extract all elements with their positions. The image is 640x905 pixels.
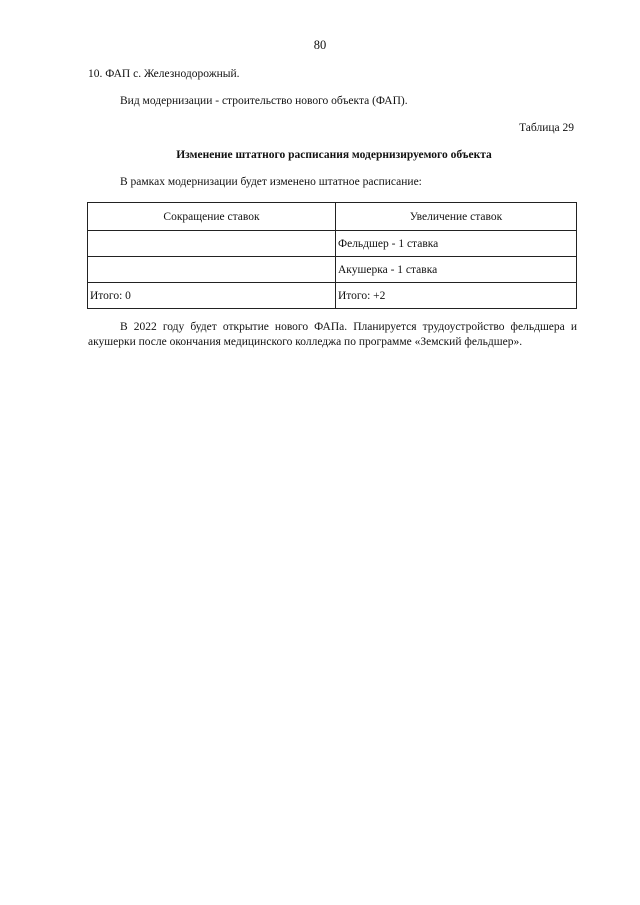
header-increase: Увеличение ставок [336,203,577,231]
intro-text: В рамках модернизации будет изменено шта… [120,176,422,188]
table-cell [88,231,336,257]
table-title: Изменение штатного расписания модернизир… [0,149,640,161]
staffing-table: Сокращение ставок Увеличение ставок Фель… [87,202,577,309]
modernization-type: Вид модернизации - строительство нового … [120,95,408,107]
table-row: Фельдшер - 1 ставка [88,231,577,257]
table-cell: Акушерка - 1 ставка [336,257,577,283]
table-row: Акушерка - 1 ставка [88,257,577,283]
table-total-row: Итого: 0 Итого: +2 [88,283,577,309]
body-paragraph: В 2022 году будет открытие нового ФАПа. … [88,320,577,350]
table-cell [88,257,336,283]
total-increase: Итого: +2 [336,283,577,309]
table-cell: Фельдшер - 1 ставка [336,231,577,257]
table-header-row: Сокращение ставок Увеличение ставок [88,203,577,231]
total-reduction: Итого: 0 [88,283,336,309]
section-heading: 10. ФАП с. Железнодорожный. [88,68,240,80]
header-reduction: Сокращение ставок [88,203,336,231]
page-number: 80 [0,38,640,53]
table-number: Таблица 29 [519,122,574,134]
